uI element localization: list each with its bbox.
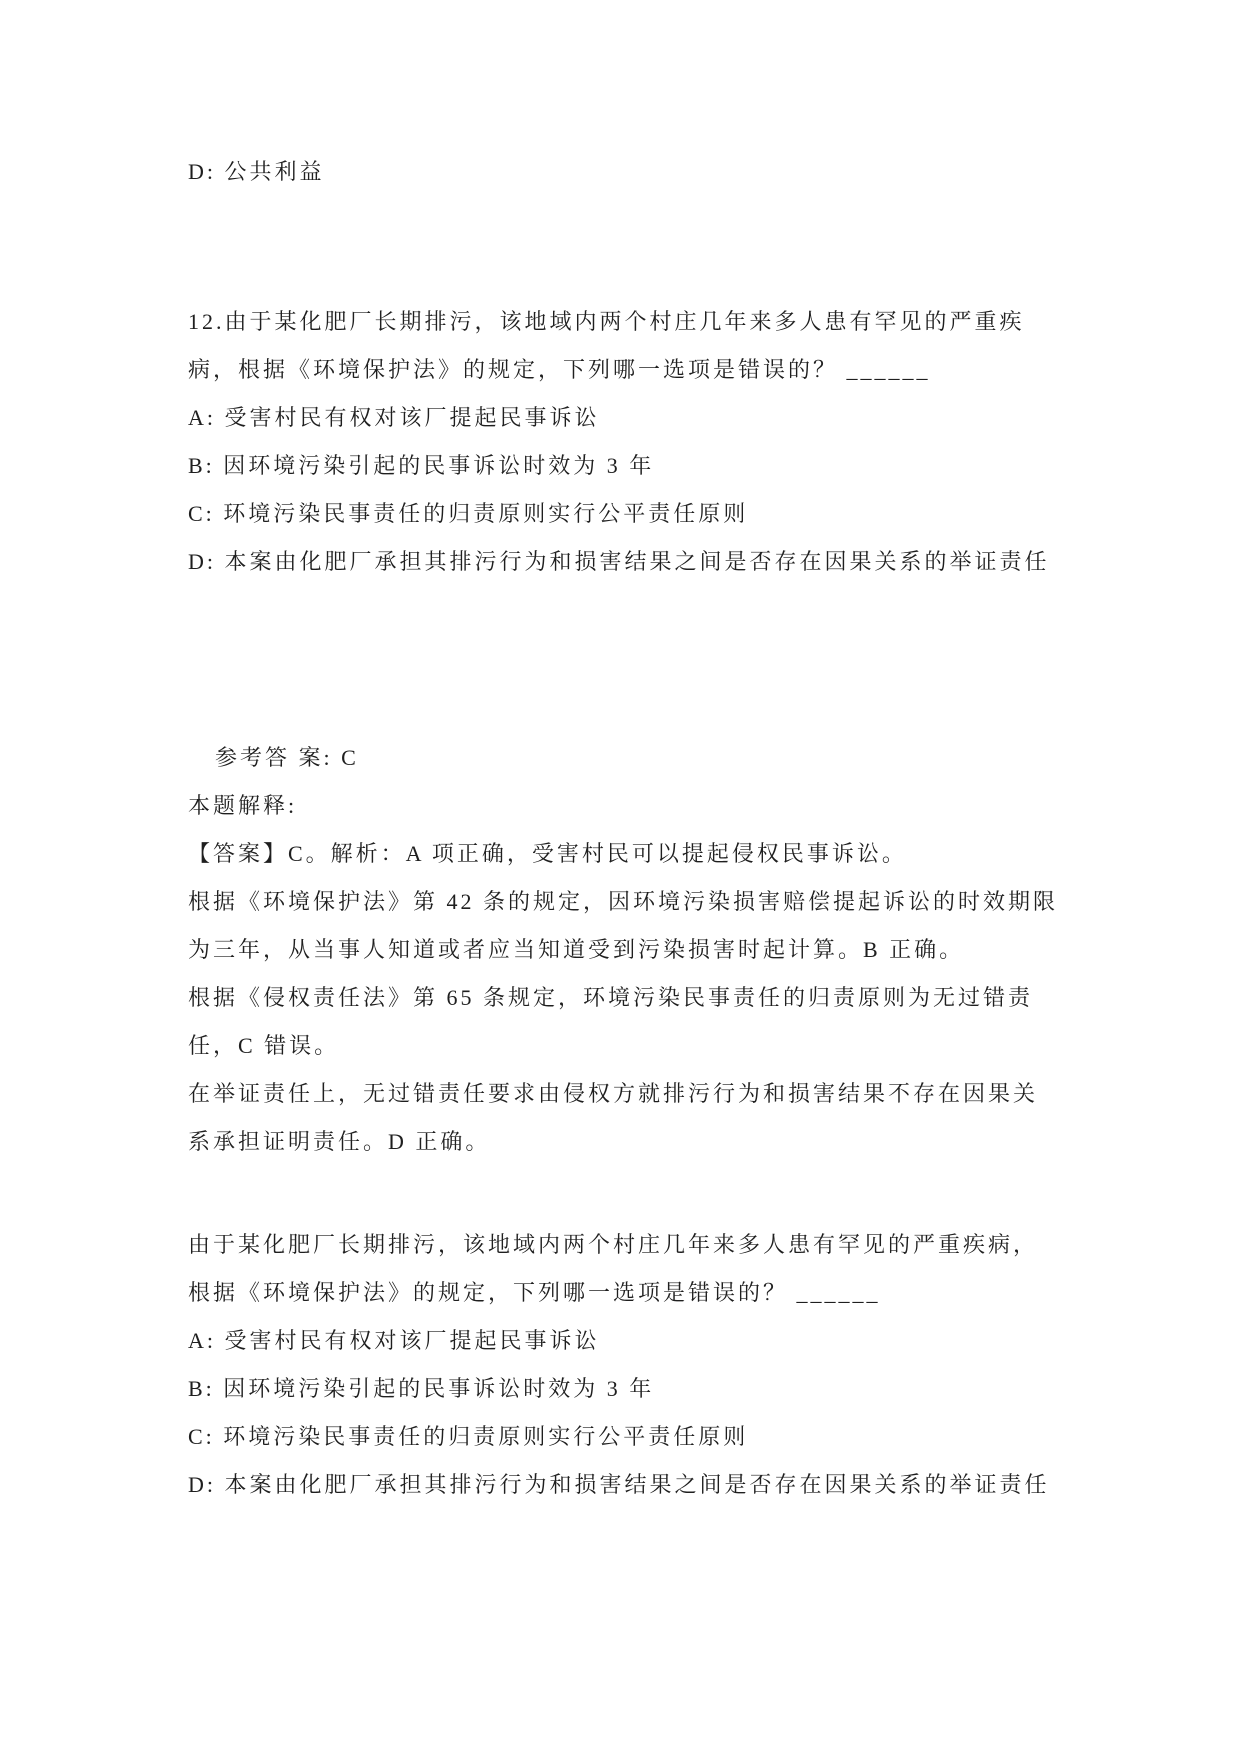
repeated-question-stem-line: 根据《环境保护法》的规定，下列哪一选项是错误的？ ______ (188, 1269, 1190, 1317)
explanation-line: 在举证责任上，无过错责任要求由侵权方就排污行为和损害结果不存在因果关 (188, 1070, 1190, 1118)
question-12-option-b: B: 因环境污染引起的民事诉讼时效为 3 年 (188, 442, 1190, 490)
repeated-question-stem-line: 由于某化肥厂长期排污，该地域内两个村庄几年来多人患有罕见的严重疾病， (188, 1221, 1190, 1269)
explanation-line: 根据《环境保护法》第 42 条的规定，因环境污染损害赔偿提起诉讼的时效期限 (188, 878, 1190, 926)
explanation-line: 【答案】C。解析：A 项正确，受害村民可以提起侵权民事诉讼。 (188, 830, 1190, 878)
explanation-line: 任，C 错误。 (188, 1022, 1190, 1070)
explanation-line: 为三年，从当事人知道或者应当知道受到污染损害时起计算。B 正确。 (188, 926, 1190, 974)
reference-answer: 参考答 案: C (188, 734, 1190, 782)
question-12-option-a: A: 受害村民有权对该厂提起民事诉讼 (188, 394, 1190, 442)
answer-section: 参考答 案: C 本题解释: 【答案】C。解析：A 项正确，受害村民可以提起侵权… (188, 734, 1190, 1166)
question-12-option-d: D: 本案由化肥厂承担其排污行为和损害结果之间是否存在因果关系的举证责任 (188, 538, 1190, 586)
repeated-question: 由于某化肥厂长期排污，该地域内两个村庄几年来多人患有罕见的严重疾病， 根据《环境… (188, 1221, 1190, 1509)
repeated-question-option-b: B: 因环境污染引起的民事诉讼时效为 3 年 (188, 1365, 1190, 1413)
explanation-line: 根据《侵权责任法》第 65 条规定，环境污染民事责任的归责原则为无过错责 (188, 974, 1190, 1022)
question-12-stem-line: 12.由于某化肥厂长期排污，该地域内两个村庄几年来多人患有罕见的严重疾 (188, 298, 1190, 346)
repeated-question-option-c: C: 环境污染民事责任的归责原则实行公平责任原则 (188, 1413, 1190, 1461)
prev-question-options: D: 公共利益 (188, 148, 1190, 196)
repeated-question-option-a: A: 受害村民有权对该厂提起民事诉讼 (188, 1317, 1190, 1365)
question-12-stem-line: 病，根据《环境保护法》的规定，下列哪一选项是错误的？ ______ (188, 346, 1190, 394)
question-12-option-c: C: 环境污染民事责任的归责原则实行公平责任原则 (188, 490, 1190, 538)
explanation-line: 系承担证明责任。D 正确。 (188, 1118, 1190, 1166)
question-12: 12.由于某化肥厂长期排污，该地域内两个村庄几年来多人患有罕见的严重疾 病，根据… (188, 298, 1190, 586)
explanation-title: 本题解释: (188, 782, 1190, 830)
repeated-question-option-d: D: 本案由化肥厂承担其排污行为和损害结果之间是否存在因果关系的举证责任 (188, 1461, 1190, 1509)
document-page: D: 公共利益 12.由于某化肥厂长期排污，该地域内两个村庄几年来多人患有罕见的… (0, 0, 1240, 1509)
prev-option-d: D: 公共利益 (188, 148, 1190, 196)
